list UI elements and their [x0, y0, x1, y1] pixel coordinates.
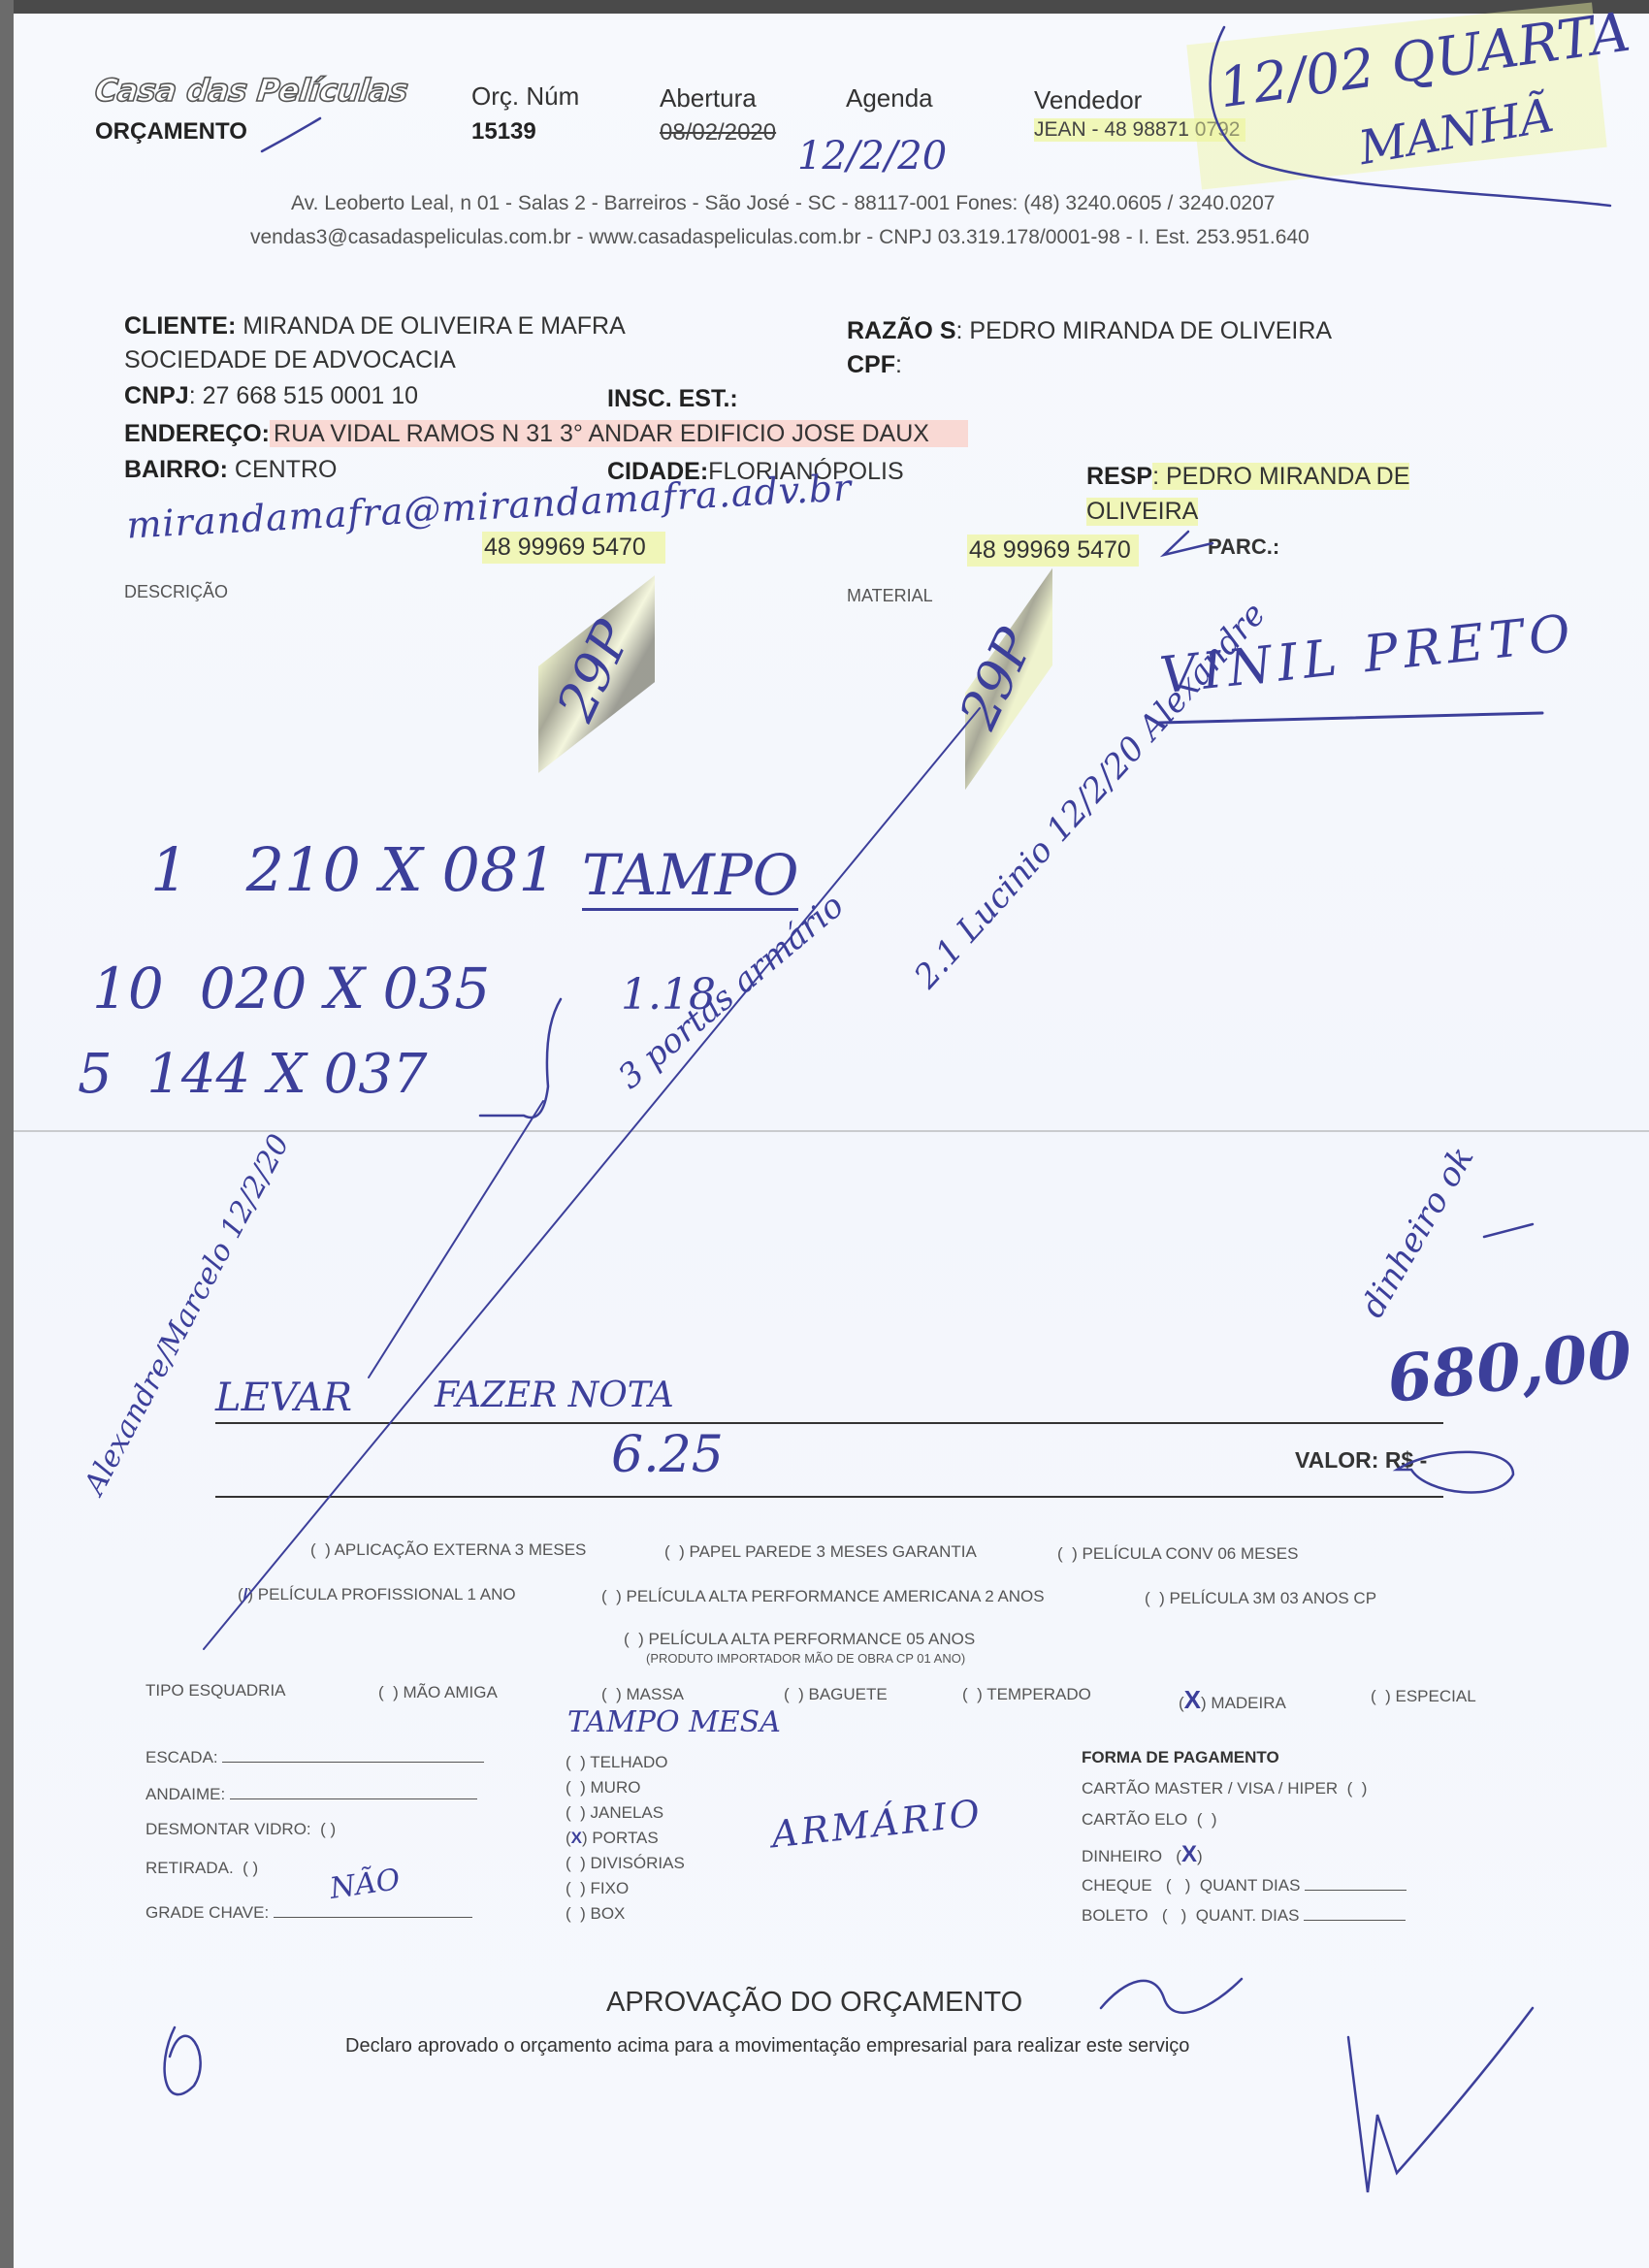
esquadria-option-1: ( ) MÃO AMIGA: [378, 1683, 498, 1702]
x-mark-icon: X: [1181, 1841, 1197, 1867]
andaime-field: ANDAIME:: [145, 1781, 477, 1804]
payment-option-cheque: CHEQUE ( ) QUANT DIAS: [1082, 1872, 1406, 1895]
cpf-value: :: [895, 351, 902, 378]
cliente-field: CLIENTE: MIRANDA DE OLIVEIRA E MAFRA: [124, 312, 626, 340]
item-2-qty: 10: [92, 956, 164, 1021]
orc-num-value: 15139: [471, 118, 536, 146]
descricao-label: DESCRIÇÃO: [124, 582, 228, 602]
agenda-handwritten: 12/2/20: [797, 134, 947, 178]
parc-label: PARC.:: [1208, 535, 1279, 560]
resp-value: : PEDRO MIRANDA DE: [1152, 463, 1409, 490]
warranty-label: APLICAÇÃO EXTERNA 3 MESES: [335, 1540, 587, 1559]
orc-num-label: Orç. Núm: [471, 81, 579, 112]
item-3-size: 144 X 037: [146, 1043, 427, 1106]
endereco-field: ENDEREÇO:RUA VIDAL RAMOS N 31 3° ANDAR E…: [124, 420, 968, 448]
vendedor-label: Vendedor: [1034, 85, 1142, 115]
payment-label: CARTÃO MASTER / VISA / HIPER: [1082, 1779, 1338, 1798]
notes-line-1: [215, 1422, 1443, 1424]
item-line-1: 1 210 X 081: [150, 834, 557, 905]
location-portas: (X) PORTAS: [566, 1826, 685, 1851]
warranty-label: PAPEL PAREDE 3 MESES GARANTIA: [690, 1542, 977, 1561]
warranty-label: PELÍCULA ALTA PERFORMANCE AMERICANA 2 AN…: [627, 1587, 1045, 1605]
esquadria-label: TIPO ESQUADRIA: [145, 1681, 286, 1701]
resp-label: RESP: [1086, 463, 1152, 490]
cnpj-value: : 27 668 515 0001 10: [189, 382, 418, 409]
grade-chave-label: GRADE CHAVE:: [145, 1903, 269, 1922]
esquadria-option-label: BAGUETE: [809, 1685, 888, 1703]
client-phone-1: 48 99969 5470: [482, 532, 665, 564]
area-note: 6.25: [611, 1426, 724, 1484]
warranty-option-1: ( ) APLICAÇÃO EXTERNA 3 MESES: [310, 1540, 586, 1560]
warranty-label: PELÍCULA CONV 06 MESES: [1083, 1544, 1299, 1563]
desmontar-field: DESMONTAR VIDRO: ( ): [145, 1820, 336, 1839]
esquadria-option-2: ( ) MASSA: [601, 1685, 684, 1704]
warranty-option-5: ( ) PELÍCULA ALTA PERFORMANCE AMERICANA …: [601, 1587, 1045, 1606]
location-label: TELHADO: [590, 1753, 667, 1771]
warranty-label: PELÍCULA ALTA PERFORMANCE 05 ANOS: [649, 1630, 976, 1648]
payment-option-elo: CARTÃO ELO ( ): [1082, 1810, 1217, 1830]
esquadria-option-label: TEMPERADO: [986, 1685, 1091, 1703]
esquadria-option-label: MADEIRA: [1211, 1694, 1285, 1712]
abertura-value: 08/02/2020: [660, 119, 776, 146]
warranty-option-2: ( ) PAPEL PAREDE 3 MESES GARANTIA: [664, 1542, 977, 1562]
razao-label: RAZÃO S: [847, 317, 956, 344]
location-label: FIXO: [591, 1879, 630, 1897]
item-1-note: TAMPO: [582, 842, 798, 911]
escada-field: ESCADA:: [145, 1744, 484, 1767]
location-muro: ( ) MURO: [566, 1775, 685, 1800]
material-label: MATERIAL: [847, 586, 933, 606]
location-label: DIVISÓRIAS: [591, 1854, 685, 1872]
desmontar-label: DESMONTAR VIDRO:: [145, 1820, 311, 1838]
cpf-label: CPF: [847, 351, 895, 378]
location-label: BOX: [591, 1904, 626, 1923]
esquadria-option-label: ESPECIAL: [1396, 1687, 1476, 1705]
resp-field: RESP: PEDRO MIRANDA DE: [1086, 463, 1409, 491]
cnpj-label: CNPJ: [124, 382, 189, 409]
payment-label: DINHEIRO: [1082, 1847, 1162, 1865]
endereco-label: ENDEREÇO:: [124, 420, 270, 447]
location-divisorias: ( ) DIVISÓRIAS: [566, 1851, 685, 1876]
cpf-field: CPF:: [847, 351, 902, 379]
quant-dias-label: QUANT DIAS: [1200, 1876, 1301, 1895]
location-janelas: ( ) JANELAS: [566, 1800, 685, 1826]
item-1-qty: 1: [150, 834, 188, 905]
retirada-checkbox: ( ): [242, 1859, 258, 1877]
scan-left-border: [0, 0, 14, 2268]
esquadria-option-3: ( ) BAGUETE: [784, 1685, 888, 1704]
warranty-option-4: (/) PELÍCULA PROFISSIONAL 1 ANO: [238, 1585, 516, 1604]
item-line-2: 10 020 X 035: [92, 956, 490, 1021]
agenda-label: Agenda: [846, 83, 933, 113]
location-label: PORTAS: [592, 1829, 658, 1847]
payment-label: CHEQUE: [1082, 1876, 1152, 1895]
cnpj-field: CNPJ: 27 668 515 0001 10: [124, 382, 418, 410]
escada-label: ESCADA:: [145, 1748, 218, 1766]
brand-logo: Casa das Películas: [93, 72, 409, 109]
location-label: JANELAS: [591, 1803, 664, 1822]
approval-title: APROVAÇÃO DO ORÇAMENTO: [606, 1987, 1022, 2019]
item-line-3: 5 144 X 037: [78, 1043, 428, 1106]
cliente-value: MIRANDA DE OLIVEIRA E MAFRA: [242, 312, 626, 340]
razao-field: RAZÃO S: PEDRO MIRANDA DE OLIVEIRA: [847, 317, 1332, 345]
scan-top-border: [0, 0, 1649, 14]
paper-fold-line: [14, 1130, 1649, 1132]
payment-label: BOLETO: [1082, 1906, 1148, 1925]
check-mark-icon: /: [243, 1585, 248, 1604]
esquadria-option-4: ( ) TEMPERADO: [962, 1685, 1091, 1704]
esquadria-handwritten: TAMPO MESA: [567, 1705, 781, 1739]
resp-value-2: OLIVEIRA: [1086, 498, 1198, 526]
abertura-label: Abertura: [660, 83, 757, 113]
insc-est-label: INSC. EST.:: [607, 385, 738, 412]
grade-chave-field: GRADE CHAVE:: [145, 1899, 472, 1923]
warranty-option-7: ( ) PELÍCULA ALTA PERFORMANCE 05 ANOS: [624, 1630, 975, 1649]
fazer-nota-note: FAZER NOTA: [435, 1376, 674, 1415]
item-3-qty: 5: [78, 1043, 113, 1106]
warranty-label: PELÍCULA PROFISSIONAL 1 ANO: [258, 1585, 516, 1604]
notes-line-2: [215, 1496, 1443, 1498]
warranty-option-7-sub: (PRODUTO IMPORTADOR MÃO DE OBRA CP 01 AN…: [646, 1651, 965, 1666]
retirada-field: RETIRADA. ( ): [145, 1859, 258, 1878]
insc-est-field: INSC. EST.:: [607, 385, 738, 413]
esquadria-option-5: (X) MADEIRA: [1179, 1685, 1286, 1715]
esquadria-option-label: MÃO AMIGA: [404, 1683, 498, 1701]
x-mark-icon: X: [571, 1829, 582, 1847]
cliente-label: CLIENTE:: [124, 312, 236, 340]
location-list: ( ) TELHADO ( ) MURO ( ) JANELAS (X) POR…: [566, 1750, 685, 1927]
bairro-value: CENTRO: [235, 456, 338, 483]
approval-text: Declaro aprovado o orçamento acima para …: [345, 2035, 1189, 2057]
payment-title: FORMA DE PAGAMENTO: [1082, 1748, 1279, 1767]
valor-label: VALOR: R$ -: [1295, 1447, 1427, 1474]
bairro-field: BAIRRO: CENTRO: [124, 456, 337, 484]
esquadria-option-6: ( ) ESPECIAL: [1371, 1687, 1476, 1706]
payment-option-dinheiro: DINHEIRO (X): [1082, 1841, 1203, 1868]
desmontar-checkbox: ( ): [320, 1820, 336, 1838]
endereco-value: RUA VIDAL RAMOS N 31 3° ANDAR EDIFICIO J…: [270, 420, 968, 447]
location-fixo: ( ) FIXO: [566, 1876, 685, 1901]
item-1-size: 210 X 081: [246, 834, 557, 905]
esquadria-option-label: MASSA: [627, 1685, 685, 1703]
item-2-size: 020 X 035: [200, 956, 491, 1021]
payment-option-card: CARTÃO MASTER / VISA / HIPER ( ): [1082, 1779, 1367, 1798]
andaime-label: ANDAIME:: [145, 1785, 225, 1803]
company-address: Av. Leoberto Leal, n 01 - Salas 2 - Barr…: [291, 192, 1275, 215]
location-box: ( ) BOX: [566, 1901, 685, 1927]
levar-note: LEVAR: [215, 1376, 352, 1420]
payment-option-boleto: BOLETO ( ) QUANT. DIAS: [1082, 1902, 1406, 1926]
location-telhado: ( ) TELHADO: [566, 1750, 685, 1775]
cliente-value-2: SOCIEDADE DE ADVOCACIA: [124, 346, 456, 374]
x-mark-icon: X: [1184, 1685, 1201, 1714]
bairro-label: BAIRRO:: [124, 456, 228, 483]
retirada-label: RETIRADA.: [145, 1859, 234, 1877]
location-label: MURO: [591, 1778, 641, 1797]
client-phone-2: 48 99969 5470: [967, 535, 1139, 567]
warranty-option-6: ( ) PELÍCULA 3M 03 ANOS CP: [1145, 1589, 1376, 1608]
company-contact: vendas3@casadaspeliculas.com.br - www.ca…: [250, 226, 1309, 249]
doc-type: ORÇAMENTO: [95, 118, 247, 146]
quant-dias-label: QUANT. DIAS: [1196, 1906, 1300, 1925]
warranty-option-3: ( ) PELÍCULA CONV 06 MESES: [1057, 1544, 1298, 1564]
payment-label: CARTÃO ELO: [1082, 1810, 1187, 1829]
razao-value: : PEDRO MIRANDA DE OLIVEIRA: [956, 317, 1333, 344]
warranty-label: PELÍCULA 3M 03 ANOS CP: [1170, 1589, 1377, 1607]
